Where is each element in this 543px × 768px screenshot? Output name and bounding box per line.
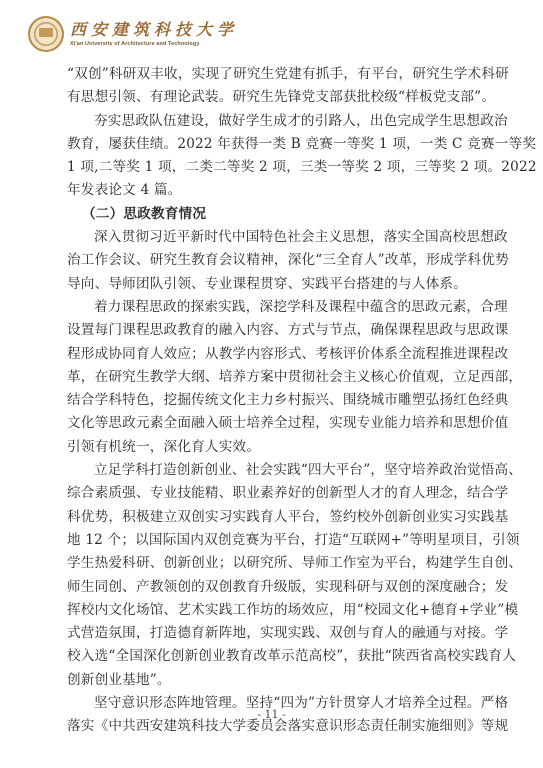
- text-line: 教育，屡获佳绩。2022 年获得一类 B 竞赛一等奖 1 项，一类 C 竞赛一等…: [67, 133, 481, 156]
- university-seal-logo: [28, 16, 64, 52]
- page-number: - 11 -: [0, 708, 543, 721]
- text-line: 文化等思政元素全面融入硕士培养全过程，实现专业能力培养和思想价值: [67, 412, 481, 435]
- text-line: 校入选“全国深化创新创业教育改革示范高校”，获批“陕西省高校实践育人: [67, 645, 481, 668]
- text-line: 学生热爱科研、创新创业；以研究所、导师工作室为平台，构建学生自创、: [67, 552, 481, 575]
- text-line: 革，在研究生教学大纲、培养方案中贯彻社会主义核心价值观，立足西部，: [67, 366, 481, 389]
- document-body: “双创”科研双丰收，实现了研究生党建有抓手，有平台，研究生学术科研有思想引领、有…: [67, 63, 481, 739]
- university-name-en: Xi'an University of Architecture and Tec…: [70, 41, 238, 47]
- text-line: 式营造氛围，打造德育新阵地，实现实践、双创与育人的融通与对接。学: [67, 622, 481, 645]
- text-line: 夯实思政队伍建设，做好学生成才的引路人，出色完成学生思想政治: [67, 110, 481, 133]
- text-line: 1 项,二等奖 1 项，二类二等奖 2 项，三类一等奖 2 项，三等奖 2 项。…: [67, 156, 481, 179]
- text-line: 师生同创、产教领创的双创教育升级版，实现科研与双创的深度融合；发: [67, 576, 481, 599]
- text-line: 深入贯彻习近平新时代中国特色社会主义思想，落实全国高校思想政: [67, 226, 481, 249]
- text-line: 引领有机统一，深化育人实效。: [67, 436, 481, 459]
- text-line: 程形成协同育人效应；从教学内容形式、考核评价体系全流程推进课程改: [67, 343, 481, 366]
- text-line: 挥校内文化场馆、艺术实践工作坊的场效应，用“校园文化+德育+学业”模: [67, 599, 481, 622]
- text-line: 综合素质强、专业技能精、职业素养好的创新型人才的育人理念，结合学: [67, 482, 481, 505]
- text-line: 科优势，积极建立双创实习实践育人平台，签约校外创新创业实习实践基: [67, 506, 481, 529]
- section-heading: （二）思政教育情况: [67, 203, 481, 226]
- text-line: “双创”科研双丰收，实现了研究生党建有抓手，有平台，研究生学术科研: [67, 63, 481, 86]
- university-name-cn: 西安建筑科技大学: [70, 21, 238, 39]
- university-brand: 西安建筑科技大学 Xi'an University of Architectur…: [70, 21, 238, 47]
- text-line: 结合学科特色，挖掘传统文化主力乡村振兴、围绕城市雕塑弘扬红色经典: [67, 389, 481, 412]
- text-line: 有思想引领、有理论武装。研究生先锋党支部获批校级“样板党支部”。: [67, 86, 481, 109]
- university-header: 西安建筑科技大学 Xi'an University of Architectur…: [28, 14, 238, 54]
- text-line: 着力课程思政的探索实践，深挖学科及课程中蕴含的思政元素，合理: [67, 296, 481, 319]
- text-line: 治工作会议、研究生教育会议精神，深化“三全育人”改革，形成学科优势: [67, 249, 481, 272]
- text-line: 创新创业基地”。: [67, 669, 481, 692]
- text-line: 地 12 个；以国际国内双创竞赛为平台，打造“互联网+”等明星项目，引领: [67, 529, 481, 552]
- text-line: 导向、导师团队引领、专业课程贯穿、实践平台搭建的与人体系。: [67, 273, 481, 296]
- text-line: 设置每门课程思政教育的融入内容、方式与节点，确保课程思政与思政课: [67, 319, 481, 342]
- text-line: 立足学科打造创新创业、社会实践“四大平台”，坚守培养政治觉悟高、: [67, 459, 481, 482]
- text-line: 年发表论文 4 篇。: [67, 179, 481, 202]
